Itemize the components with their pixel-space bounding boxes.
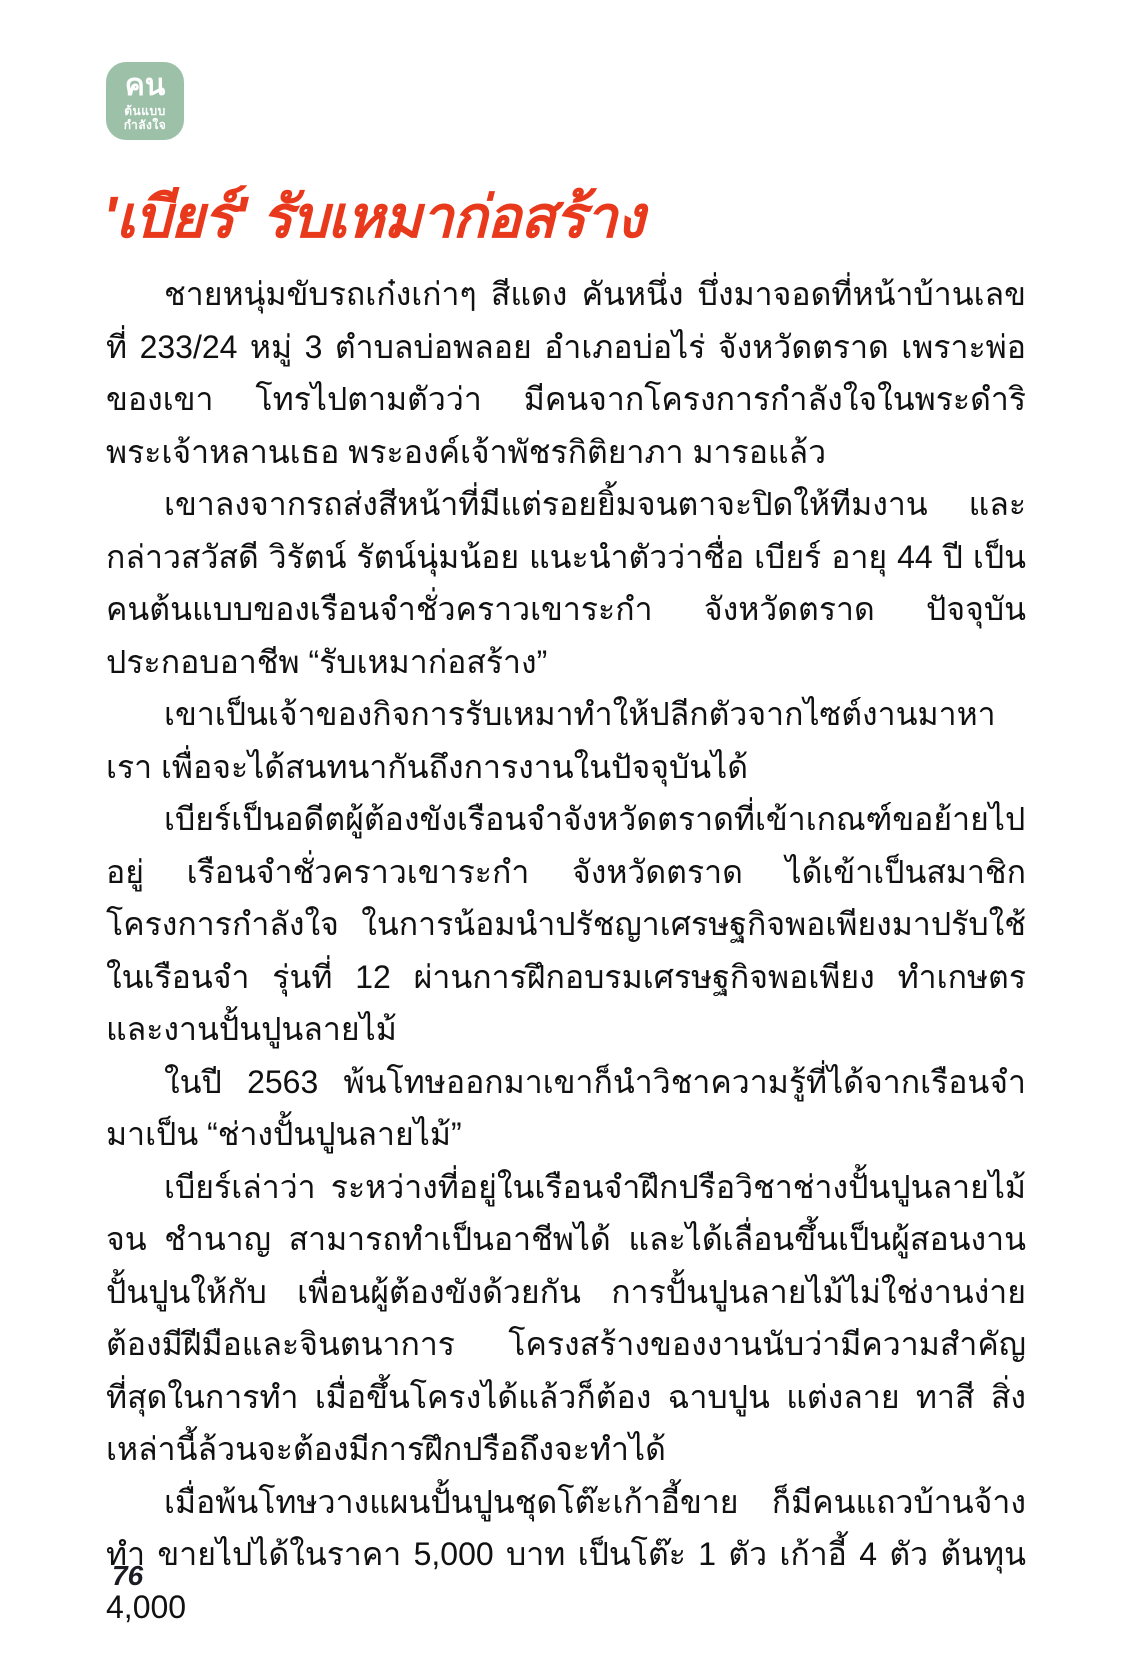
paragraph: ในปี 2563 พ้นโทษออกมาเขาก็นำวิชาความรู้ท… [106, 1056, 1026, 1161]
paragraph: เบียร์เป็นอดีตผู้ต้องขังเรือนจำจังหวัดตร… [106, 793, 1026, 1056]
article-title: 'เบียร์' รับเหมาก่อสร้าง [103, 170, 1063, 263]
book-page: คน ต้นแบบ กำลังใจ 'เบียร์' รับเหมาก่อสร้… [0, 0, 1126, 1654]
brand-logo-line2: ต้นแบบ [124, 105, 165, 117]
paragraph: เขาลงจากรถส่งสีหน้าที่มีแต่รอยยิ้มจนตาจะ… [106, 478, 1026, 688]
article-body: ชายหนุ่มขับรถเก๋งเก่าๆ สีแดง คันหนึ่ง บึ… [106, 268, 1026, 1633]
paragraph: เขาเป็นเจ้าของกิจการรับเหมาทำให้ปลีกตัวจ… [106, 688, 1026, 793]
page-number: 76 [112, 1560, 143, 1592]
paragraph: เบียร์เล่าว่า ระหว่างที่อยู่ในเรือนจำฝึก… [106, 1161, 1026, 1476]
paragraph: ชายหนุ่มขับรถเก๋งเก่าๆ สีแดง คันหนึ่ง บึ… [106, 268, 1026, 478]
brand-logo-line3: กำลังใจ [124, 119, 167, 131]
paragraph: เมื่อพ้นโทษวางแผนปั้นปูนชุดโต๊ะเก้าอี้ขา… [106, 1476, 1026, 1634]
brand-logo-line1: คน [125, 71, 166, 101]
brand-logo: คน ต้นแบบ กำลังใจ [106, 62, 184, 140]
